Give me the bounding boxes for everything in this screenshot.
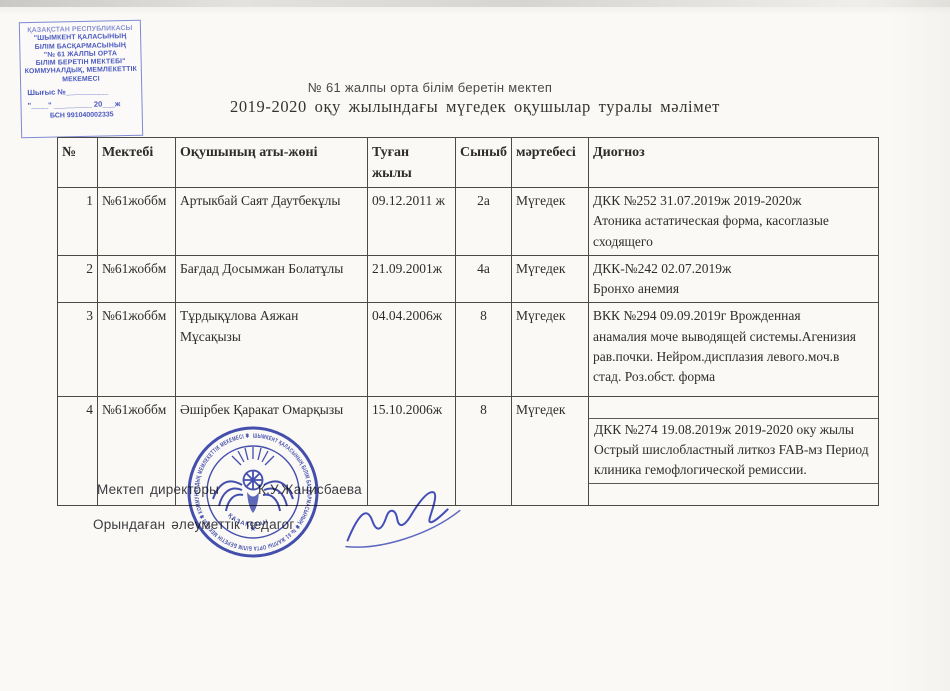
cell-birth-year: 04.04.2006ж [368, 303, 456, 397]
table-row: 2 №61жоббм Бағдад Досымжан Болатұлы 21.0… [58, 255, 879, 303]
cell-status: Мүгедек [512, 188, 589, 256]
emblem-sun-rays-icon [232, 447, 274, 465]
cell-student-name: Тұрдықұлова Аяжан Мұсақызы [176, 303, 368, 397]
cell-diagnosis: ВКК №294 09.09.2019г Врожденная анамалия… [589, 303, 879, 397]
cell-status: Мүгедек [512, 397, 589, 505]
school-seal: ШЫМКЕНТ ҚАЛАСЫНЫҢ БІЛІМ БАСҚАРМАСЫНЫҢ ✱ … [184, 423, 322, 561]
cell-diagnosis: ДКК №274 19.08.2019ж 2019-2020 оку жылы … [589, 397, 879, 505]
emblem-body-icon [247, 492, 259, 513]
table-row: 1 №61жоббм Артыкбай Саят Даутбекұлы 09.1… [58, 188, 879, 256]
handwritten-signature [336, 473, 486, 558]
cell-number: 2 [58, 255, 98, 303]
header-cell-status: мәртебесі [512, 138, 589, 188]
header-cell-grade: Сыныб [456, 138, 512, 188]
cell-status: Мүгедек [512, 303, 589, 397]
header-cell-school: Мектебі [98, 138, 176, 188]
table-row: 3 №61жоббм Тұрдықұлова Аяжан Мұсақызы 04… [58, 303, 879, 397]
cell-number: 3 [58, 303, 98, 397]
cell-school: №61жоббм [98, 188, 176, 256]
cell-number: 1 [58, 188, 98, 256]
seal-star-icon: ★ [250, 524, 257, 533]
cell-student-name: Артыкбай Саят Даутбекұлы [176, 188, 368, 256]
emblem-shanyrak-icon [244, 471, 263, 490]
table-header-row: № Мектебі Оқушының аты-жөні Туған жылы С… [58, 138, 879, 188]
cell-grade: 2а [456, 188, 512, 256]
cell-grade: 8 [456, 303, 512, 397]
cell-diagnosis: ДКК-№242 02.07.2019ж Бронхо анемия [589, 255, 879, 303]
scanned-document-page: ҚАЗАҚСТАН РЕСПУБЛИКАСЫ "ШЫМКЕНТ ҚАЛАСЫНЫ… [0, 0, 950, 691]
stamp-organization-lines: ҚАЗАҚСТАН РЕСПУБЛИКАСЫ "ШЫМКЕНТ ҚАЛАСЫНЫ… [23, 25, 138, 85]
header-cell-number: № [58, 138, 98, 188]
document-title: № 61 жалпы орта білім беретін мектеп 201… [35, 80, 915, 117]
cell-school: №61жоббм [98, 303, 176, 397]
scan-artifact-top-band [0, 0, 950, 7]
diagnosis-inner-box: ДКК №274 19.08.2019ж 2019-2020 оку жылы … [589, 418, 879, 485]
cell-grade: 4а [456, 255, 512, 303]
students-table: № Мектебі Оқушының аты-жөні Туған жылы С… [57, 137, 879, 506]
cell-diagnosis: ДКК №252 31.07.2019ж 2019-2020ж Атоника … [589, 188, 879, 256]
title-line-subject: 2019-2020 оқу жылындағы мүгедек оқушылар… [35, 97, 915, 117]
cell-birth-year: 21.09.2001ж [368, 255, 456, 303]
seal-country-text-holder: ҚАЗАҚСТАН [226, 513, 270, 529]
seal-country-text: ҚАЗАҚСТАН [226, 513, 270, 529]
header-cell-diagnosis: Диогноз [589, 138, 879, 188]
kazakhstan-emblem [213, 447, 293, 513]
title-line-school: № 61 жалпы орта білім беретін мектеп [0, 80, 870, 95]
header-cell-birth-year: Туған жылы [368, 138, 456, 188]
corner-registry-stamp: ҚАЗАҚСТАН РЕСПУБЛИКАСЫ "ШЫМКЕНТ ҚАЛАСЫНЫ… [19, 20, 143, 139]
header-cell-student-name: Оқушының аты-жөні [176, 138, 368, 188]
cell-student-name: Бағдад Досымжан Болатұлы [176, 255, 368, 303]
cell-birth-year: 09.12.2011 ж [368, 188, 456, 256]
cell-status: Мүгедек [512, 255, 589, 303]
cell-number: 4 [58, 397, 98, 505]
cell-school: №61жоббм [98, 255, 176, 303]
